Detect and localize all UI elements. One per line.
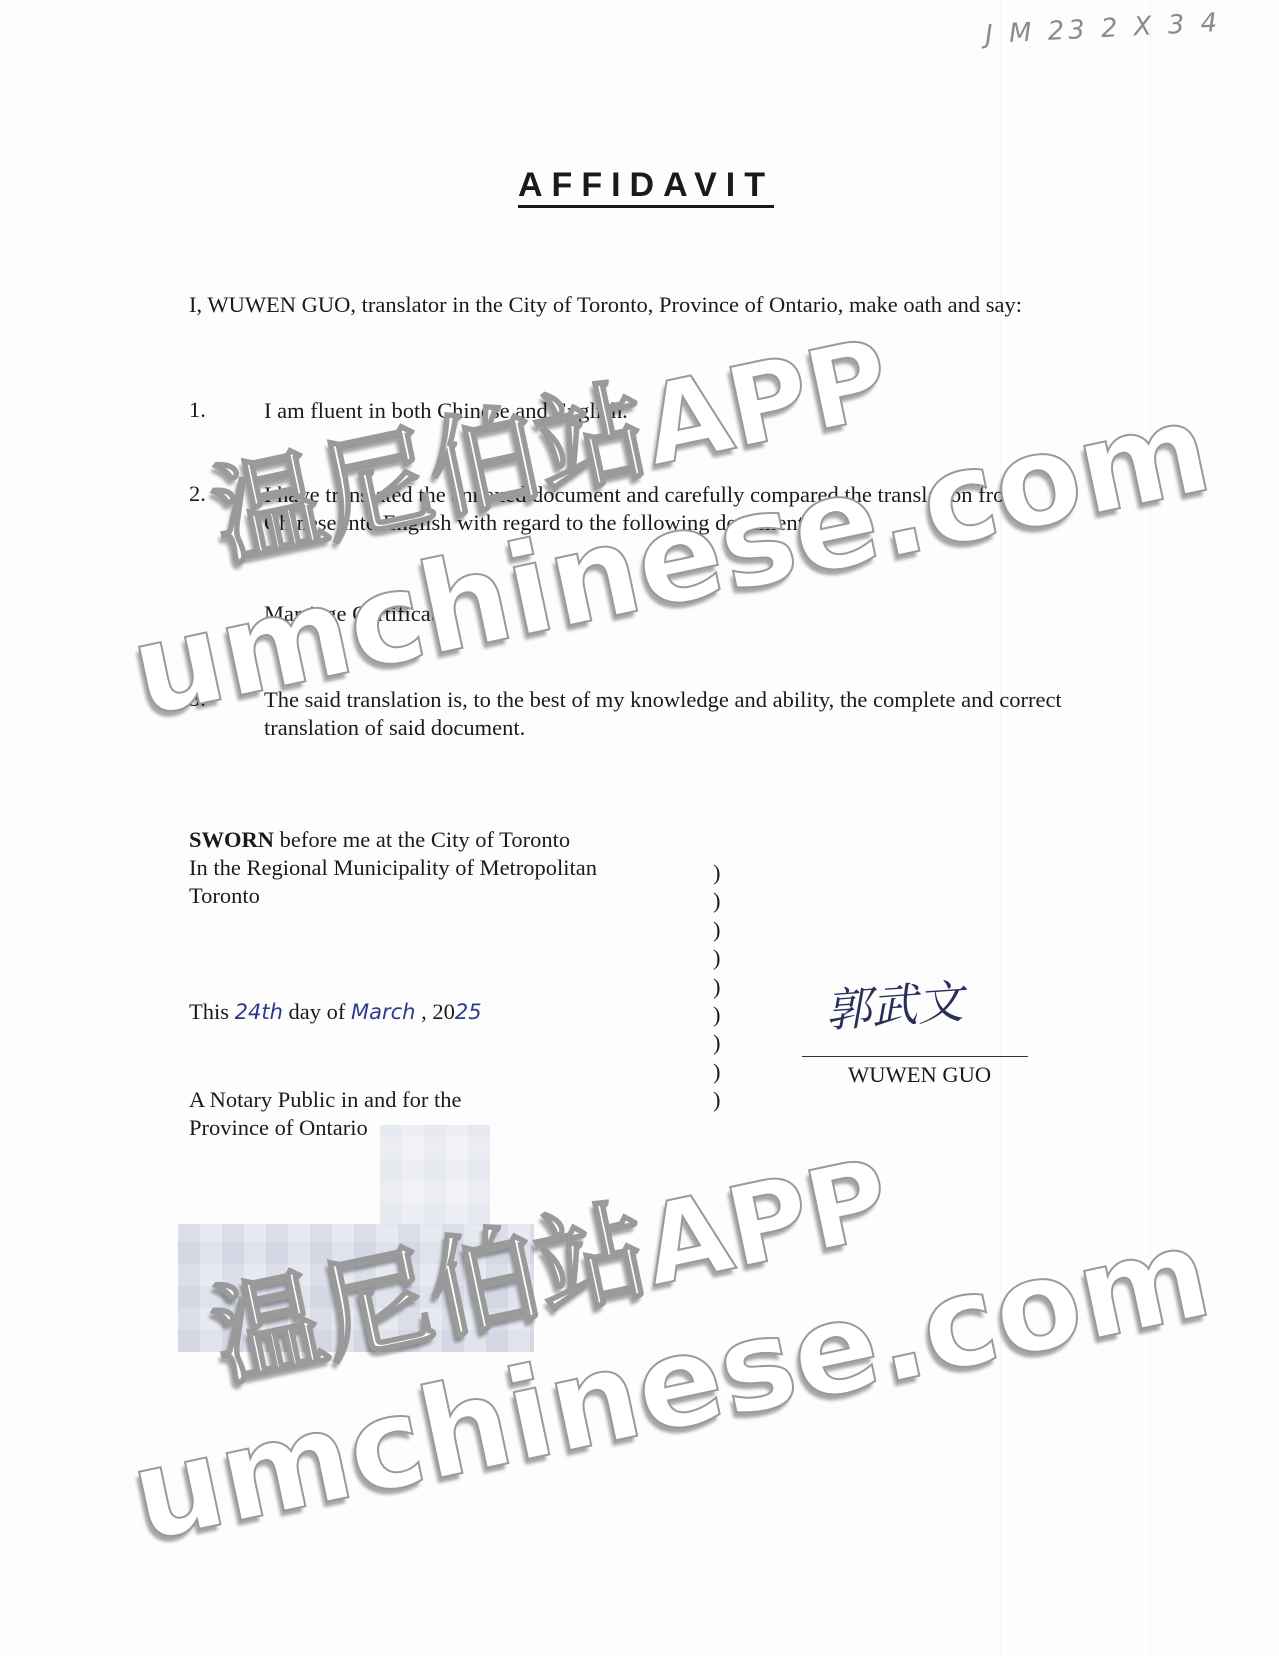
parenthesis: ) [713, 1029, 721, 1057]
parenthesis: ) [713, 944, 721, 972]
item-text-2: I have translated the annexed document a… [264, 481, 1084, 537]
document-page: J M 23 2 X 3 4 AFFIDAVIT I, WUWEN GUO, t… [0, 0, 1279, 1656]
item-number-1: 1. [189, 397, 206, 423]
parenthesis: ) [713, 916, 721, 944]
jurat-line-2: In the Regional Municipality of Metropol… [189, 854, 669, 882]
jurat-line-3: Toronto [189, 882, 669, 910]
redacted-notary-stamp [178, 1224, 534, 1352]
scan-artifact [1000, 0, 1001, 1656]
date-middle: day of [283, 999, 351, 1024]
intro-paragraph: I, WUWEN GUO, translator in the City of … [189, 291, 1089, 319]
signatory-name: WUWEN GUO [848, 1061, 991, 1089]
item-text-3: The said translation is, to the best of … [264, 686, 1084, 742]
handwritten-reference-number: J M 23 2 X 3 4 [984, 8, 1221, 50]
handwritten-year: 25 [455, 1000, 482, 1024]
notary-line-1: A Notary Public in and for the [189, 1086, 509, 1114]
parenthesis: ) [713, 973, 721, 1001]
parenthesis: ) [713, 887, 721, 915]
scan-artifact [1150, 0, 1151, 1656]
item-number-2: 2. [189, 481, 206, 507]
date-prefix: This [189, 999, 235, 1024]
parenthesis: ) [713, 1058, 721, 1086]
date-year-prefix: , 20 [416, 999, 455, 1024]
watermark-chinese: 温尼伯站APP [197, 291, 901, 588]
handwritten-month: March [351, 1000, 415, 1024]
document-title: AFFIDAVIT [518, 166, 774, 208]
sworn-label: SWORN [189, 827, 274, 852]
parenthesis: ) [713, 1086, 721, 1114]
jurat-line-1: SWORN before me at the City of Toronto [189, 826, 669, 854]
parenthesis: ) [713, 859, 721, 887]
translator-signature: 郭武文 [823, 965, 965, 1040]
sworn-text: before me at the City of Toronto [274, 827, 570, 852]
redacted-stamp-top [380, 1125, 490, 1225]
document-name: Marriage Certificate [264, 600, 1084, 628]
item-number-3: 3. [189, 686, 206, 712]
jurat-block: SWORN before me at the City of Toronto I… [189, 826, 669, 910]
signature-line [802, 1056, 1028, 1057]
parenthesis-column: ) ) ) ) ) ) ) ) ) [713, 859, 721, 1115]
item-text-1: I am fluent in both Chinese and English. [264, 397, 1084, 425]
parenthesis: ) [713, 1001, 721, 1029]
handwritten-day: 24th [235, 1000, 283, 1024]
sworn-date-line: This 24th day of March , 2025 [189, 998, 482, 1026]
